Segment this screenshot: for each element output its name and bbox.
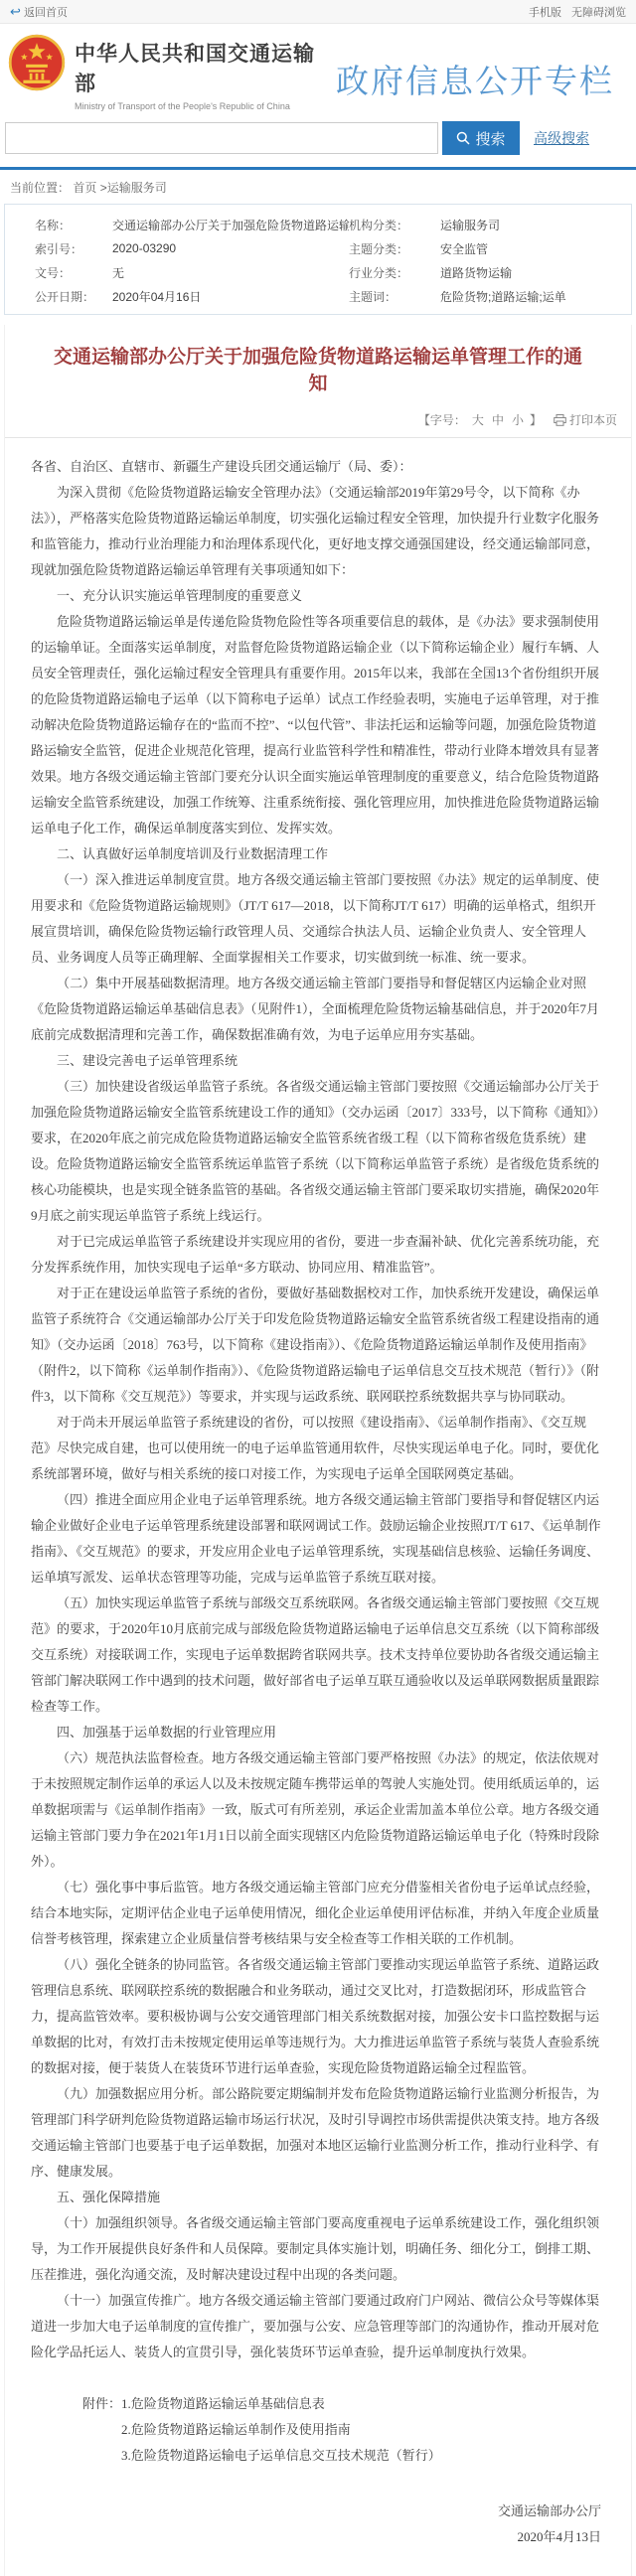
- meta-value: 2020年04月16日: [112, 288, 349, 305]
- print-page-button[interactable]: 打印本页: [554, 411, 617, 428]
- breadcrumb-label: 当前位置：: [10, 181, 70, 195]
- signature-org: 交通运输部办公厅: [5, 2499, 601, 2524]
- article-paragraph: 为深入贯彻《危险货物道路运输安全管理办法》（交通运输部2019年第29号令，以下…: [31, 480, 605, 583]
- attachment-link[interactable]: 1.危险货物道路运输运单基础信息表: [121, 2391, 441, 2417]
- site-header: 中华人民共和国交通运输部 Ministry of Transport of th…: [0, 24, 636, 115]
- article-paragraph: 一、充分认识实施运单管理制度的重要意义: [31, 583, 605, 609]
- article-salutation: 各省、自治区、直辖市、新疆生产建设兵团交通运输厅（局、委）：: [31, 454, 605, 480]
- article-paragraph: 对于尚未开展运单监管子系统建设的省份，可以按照《建设指南》、《运单制作指南》、《…: [31, 1410, 605, 1487]
- article-paragraph: （一）深入推进运单制度宣贯。地方各级交通运输主管部门要按照《办法》规定的运单制度…: [31, 867, 605, 971]
- article-paragraph: （六）规范执法监督检查。地方各级交通运输主管部门要严格按照《办法》的规定，依法依…: [31, 1745, 605, 1875]
- meta-label: 名称：: [5, 217, 112, 233]
- attachment-link[interactable]: 2.危险货物道路运输运单制作及使用指南: [121, 2417, 441, 2443]
- fontsize-medium-button[interactable]: 中: [490, 411, 506, 428]
- print-page-label: 打印本页: [569, 411, 617, 428]
- attachments-list: 1.危险货物道路运输运单基础信息表2.危险货物道路运输运单制作及使用指南3.危险…: [121, 2391, 441, 2469]
- ministry-name-en: Ministry of Transport of the People's Re…: [75, 101, 336, 111]
- meta-value: 交通运输部办公厅关于加强危险货物道路运输...: [112, 217, 349, 233]
- article-paragraph: （五）加快实现运单监管子系统与部级交互系统联网。各省级交通运输主管部门要按照《交…: [31, 1591, 605, 1720]
- national-emblem-icon: [8, 34, 66, 91]
- meta-label: 公开日期：: [5, 288, 112, 305]
- meta-value: 运输服务司: [440, 217, 631, 233]
- ministry-name-cn: 中华人民共和国交通运输部: [75, 38, 336, 97]
- article-panel: 交通运输部办公厅关于加强危险货物道路运输运单管理工作的通知 【字号： 大 中 小…: [4, 325, 632, 2576]
- meta-label: 主题词：: [349, 288, 440, 305]
- signature-date: 2020年4月13日: [5, 2524, 601, 2550]
- meta-value: 危险货物;道路运输;运单: [440, 288, 631, 305]
- article-paragraph: 五、强化保障措施: [31, 2185, 605, 2210]
- search-button[interactable]: 搜索: [442, 121, 520, 155]
- breadcrumb-path[interactable]: 首页 >运输服务司: [73, 181, 166, 195]
- gov-info-column-title: 政府信息公开专栏: [336, 34, 626, 102]
- meta-row: 索引号：2020-03290主题分类：安全监管: [5, 236, 631, 260]
- meta-label: 机构分类：: [349, 217, 440, 233]
- meta-row: 名称：交通运输部办公厅关于加强危险货物道路运输...机构分类：运输服务司: [5, 213, 631, 236]
- document-metadata-box: 名称：交通运输部办公厅关于加强危险货物道路运输...机构分类：运输服务司索引号：…: [4, 204, 632, 315]
- meta-label: 行业分类：: [349, 264, 440, 281]
- article-paragraph: （三）加快建设省级运单监管子系统。各省级交通运输主管部门要按照《交通运输部办公厅…: [31, 1074, 605, 1229]
- article-paragraph: （九）加强数据应用分析。部公路院要定期编制并发布危险货物道路运输行业监测分析报告…: [31, 2081, 605, 2185]
- attachments-label: 附件：: [31, 2391, 121, 2469]
- meta-label: 主题分类：: [349, 240, 440, 257]
- article-paragraph: 四、加强基于运单数据的行业管理应用: [31, 1720, 605, 1745]
- fontsize-large-button[interactable]: 大: [470, 411, 486, 428]
- signature-block: 交通运输部办公厅 2020年4月13日: [5, 2469, 631, 2550]
- breadcrumb: 当前位置： 首页 >运输服务司: [0, 170, 636, 204]
- article-paragraph: （十一）加强宣传推广。地方各级交通运输主管部门要通过政府门户网站、微信公众号等媒…: [31, 2288, 605, 2365]
- article-paragraph: 三、建设完善电子运单管理系统: [31, 1048, 605, 1074]
- fontsize-label: 【字号：: [418, 411, 466, 428]
- article-body: 各省、自治区、直辖市、新疆生产建设兵团交通运输厅（局、委）： 为深入贯彻《危险货…: [5, 438, 631, 2365]
- attachment-link[interactable]: 3.危险货物道路运输电子运单信息交互技术规范（暂行）: [121, 2443, 441, 2469]
- article-title: 交通运输部办公厅关于加强危险货物道路运输运单管理工作的通知: [45, 345, 591, 397]
- meta-row: 公开日期：2020年04月16日主题词：危险货物;道路运输;运单: [5, 284, 631, 308]
- advanced-search-link[interactable]: 高级搜索: [534, 128, 589, 148]
- search-icon: [456, 131, 470, 145]
- article-paragraph: （七）强化事中事后监管。地方各级交通运输主管部门应充分借鉴相关省份电子运单试点经…: [31, 1875, 605, 1952]
- article-paragraph: 危险货物道路运输运单是传递危险货物危险性等各项重要信息的载体，是《办法》要求强制…: [31, 609, 605, 841]
- meta-value: 2020-03290: [112, 241, 349, 255]
- top-utility-bar: ↩ 返回首页 手机版 无障碍浏览: [0, 0, 636, 24]
- back-home-label: 返回首页: [24, 7, 68, 19]
- meta-label: 索引号：: [5, 240, 112, 257]
- search-bar: 搜索 高级搜索: [0, 115, 636, 167]
- meta-label: 文号：: [5, 264, 112, 281]
- article-toolbar: 【字号： 大 中 小 】 打印本页: [5, 407, 631, 438]
- mobile-version-link[interactable]: 手机版: [529, 4, 561, 20]
- search-input[interactable]: [5, 122, 438, 154]
- article-paragraph: 二、认真做好运单制度培训及行业数据清理工作: [31, 841, 605, 867]
- article-paragraph: 对于正在建设运单监管子系统的省份，要做好基础数据校对工作，加快系统开发建设，确保…: [31, 1281, 605, 1410]
- article-paragraph: （四）推进全面应用企业电子运单管理系统。地方各级交通运输主管部门要指导和督促辖区…: [31, 1487, 605, 1591]
- meta-value: 无: [112, 264, 349, 281]
- meta-value: 安全监管: [440, 240, 631, 257]
- meta-value: 道路货物运输: [440, 264, 631, 281]
- attachments-block: 附件： 1.危险货物道路运输运单基础信息表2.危险货物道路运输运单制作及使用指南…: [5, 2365, 631, 2469]
- accessibility-link[interactable]: 无障碍浏览: [571, 4, 626, 20]
- article-paragraph: （八）强化全链条的协同监管。各省级交通运输主管部门要推动实现运单监管子系统、道路…: [31, 1952, 605, 2081]
- fontsize-label-end: 】: [530, 411, 542, 428]
- search-button-label: 搜索: [475, 128, 505, 149]
- back-home-link[interactable]: ↩ 返回首页: [10, 4, 68, 20]
- fontsize-small-button[interactable]: 小: [510, 411, 526, 428]
- printer-icon: [554, 414, 566, 426]
- article-paragraph: （十）加强组织领导。各省级交通运输主管部门要高度重视电子运单系统建设工作，强化组…: [31, 2210, 605, 2288]
- article-paragraph: 对于已完成运单监管子系统建设并实现应用的省份，要进一步查漏补缺、优化完善系统功能…: [31, 1229, 605, 1281]
- article-paragraph: （二）集中开展基础数据清理。地方各级交通运输主管部门要指导和督促辖区内运输企业对…: [31, 971, 605, 1048]
- meta-row: 文号：无行业分类：道路货物运输: [5, 260, 631, 284]
- back-arrow-icon: ↩: [10, 4, 21, 19]
